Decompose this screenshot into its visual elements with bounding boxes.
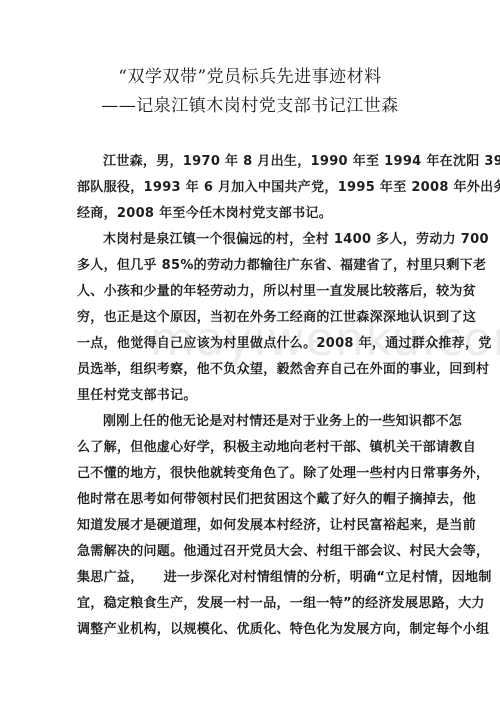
body-line: 经商，2008 年至今任木岗村党支部书记。 (77, 201, 423, 227)
body-line: 宜，稳定粮食生产，发展一村一品，一组一特”的经济发展思路，大力 (77, 591, 423, 617)
body-line: 他时常在思考如何带领村民们把贫困这个戴了好久的帽子摘掉去，他 (77, 487, 423, 513)
body-line: 知道发展才是硬道理，如何发展本村经济，让村民富裕起来，是当前 (77, 513, 423, 539)
document-body: 江世森，男，1970 年 8 月出生，1990 年至 1994 年在沈阳 395… (77, 149, 423, 643)
body-line: 集思广益， 进一步深化对村情组情的分析，明确“立足村情，因地制 (77, 565, 423, 591)
body-line: 一点，他觉得自己应该为村里做点什么。2008 年，通过群众推荐，党 (77, 331, 423, 357)
body-line: 多人，但几乎 85%的劳动力都输往广东省、福建省了，村里只剩下老 (77, 253, 423, 279)
body-line: 里任村党支部书记。 (77, 383, 423, 409)
document-title: “双学双带”党员标兵先进事迹材料 (0, 62, 500, 87)
body-line: 木岗村是泉江镇一个很偏远的村，全村 1400 多人，劳动力 700 (77, 227, 423, 253)
body-line: 员选举，组织考察，他不负众望，毅然舍弃自己在外面的事业，回到村 (77, 357, 423, 383)
body-line: 江世森，男，1970 年 8 月出生，1990 年至 1994 年在沈阳 395… (77, 149, 423, 175)
body-line: 穷，也正是这个原因，当初在外务工经商的江世森深深地认识到了这 (77, 305, 423, 331)
document-subtitle: ——记泉江镇木岗村党支部书记江世森 (0, 91, 500, 116)
body-line: 么了解，但他虚心好学，积极主动地向老村干部、镇机关干部请教自 (77, 435, 423, 461)
body-line: 人、小孩和少量的年轻劳动力，所以村里一直发展比较落后，较为贫 (77, 279, 423, 305)
body-line: 刚刚上任的他无论是对村情还是对于业务上的一些知识都不怎 (77, 409, 423, 435)
body-line: 己不懂的地方，很快他就转变角色了。除了处理一些村内日常事务外， (77, 461, 423, 487)
body-line: 急需解决的问题。他通过召开党员大会、村组干部会议、村民大会等， (77, 539, 423, 565)
body-line: 调整产业机构，以规模化、优质化、特色化为发展方向，制定每个小组 (77, 617, 423, 643)
body-line: 部队服役，1993 年 6 月加入中国共产党，1995 年至 2008 年外出务… (77, 175, 423, 201)
document-page: “双学双带”党员标兵先进事迹材料 ——记泉江镇木岗村党支部书记江世森 mayiw… (0, 0, 500, 708)
